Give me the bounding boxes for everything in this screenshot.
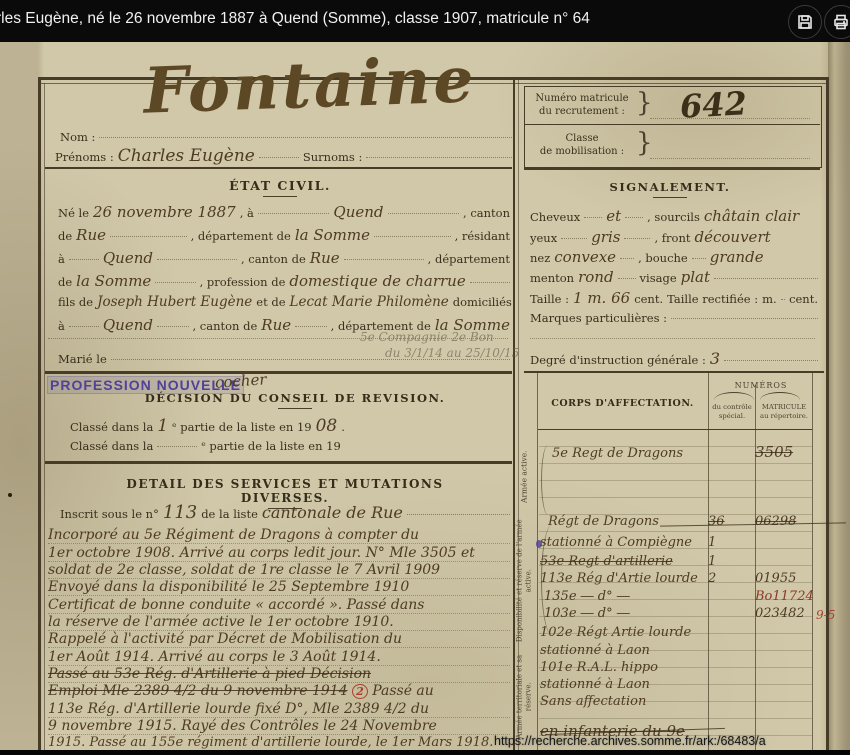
affectation-row: stationné à Laon <box>540 643 812 658</box>
matricule-num: 023482 <box>755 606 812 621</box>
form-left-border <box>38 77 41 755</box>
affectation-row: stationné à Laon <box>540 677 812 692</box>
affectation-row: 101e R.A.L. hippo <box>540 660 812 675</box>
etat-civil-line-2: de Rue , département de la Somme , résid… <box>58 226 510 244</box>
classe-label-line1: Classe <box>530 132 634 145</box>
yeux-value: gris <box>591 228 620 246</box>
bouche-label: , bouche <box>638 251 688 265</box>
taille-label: Taille : <box>530 292 569 306</box>
corps-name: 113e Rég d'Artie lourde <box>540 571 708 586</box>
classe-mobilisation-label: Classe de mobilisation : <box>530 132 634 158</box>
controle-num: 1 <box>708 535 755 550</box>
viewer-toolbar: rles Eugène, né le 26 novembre 1887 à Qu… <box>0 0 850 42</box>
taille-row: Taille : 1 m. 66 cent. Taille rectifiée … <box>530 289 818 307</box>
menton-value: rond <box>578 268 613 286</box>
matricule-num: 3505 <box>755 443 812 461</box>
sourcils-value: châtain clair <box>704 207 799 225</box>
dotted-filler <box>259 156 299 158</box>
etat-civil-bottom-rule <box>45 371 512 374</box>
corps-name: Régt de Dragons <box>540 514 708 529</box>
affectation-row: Sans affectation <box>540 694 812 709</box>
departement-value: la Somme <box>76 272 151 290</box>
matricule-box-bottom <box>524 168 820 170</box>
service-line: Incorporé au 5e Régiment de Dragons à co… <box>48 527 510 544</box>
dotted-filler <box>110 235 187 237</box>
liste-annee-value: 08 <box>316 416 338 436</box>
prenoms-handwritten-value: Charles Eugène <box>118 146 255 166</box>
residence-value: Quend <box>103 249 153 267</box>
page-edge-shading <box>828 42 850 755</box>
departement-value: la Somme <box>295 226 370 244</box>
cent-label: cent. <box>789 292 818 306</box>
dotted-rule <box>650 118 810 119</box>
red-annotation: 9-5 <box>816 608 835 622</box>
canton-value: Rue <box>310 249 340 267</box>
service-line: 9 novembre 1915. Rayé des Contrôles le 2… <box>48 718 510 735</box>
affectation-row: stationné à Compiègne 1 <box>540 535 812 550</box>
dotted-rule <box>650 158 810 159</box>
nom-row: Nom : <box>60 130 512 144</box>
dotted-filler <box>620 257 634 259</box>
canton-de-label: , canton de <box>193 319 258 333</box>
departement-label: , département <box>428 252 510 266</box>
service-line: 1er octobre 1908. Arrivé au corps ledit … <box>48 545 510 562</box>
corps-name: stationné à Laon <box>540 677 708 692</box>
decision-line-1: Classé dans la 1 ᵉ partie de la liste en… <box>70 416 430 436</box>
de-label: de <box>58 275 72 289</box>
signalement-yeux-row: yeux gris , front découvert <box>530 228 818 246</box>
affectation-row: 102e Régt Artie lourde <box>540 625 812 640</box>
nez-label: nez <box>530 251 550 265</box>
front-label: , front <box>654 231 690 245</box>
affectation-row: Régt de Dragons 36 06298 <box>540 514 812 529</box>
decision-line-2: Classé dans la ᵉ partie de la liste en 1… <box>70 439 430 453</box>
a-label: , à <box>240 206 254 220</box>
dotted-filler <box>671 317 818 319</box>
sourcils-label: , sourcils <box>647 210 700 224</box>
mother-name-value: Lecat Marie Philomène <box>290 294 449 310</box>
dotted-filler <box>470 281 510 283</box>
form-left-border-inner <box>44 83 45 755</box>
service-line: Certificat de bonne conduite « accordé »… <box>48 597 510 614</box>
birth-date-value: 26 novembre 1887 <box>93 203 236 221</box>
identity-rule <box>45 167 512 169</box>
dotted-filler <box>69 325 99 327</box>
red-renvoi-mark: 2 <box>352 684 368 699</box>
dotted-filler <box>714 277 818 279</box>
disponibilite-side-label: Disponibilité et réserve de l'armée acti… <box>515 519 533 643</box>
service-line: soldat de 2e classe, soldat de 1re class… <box>48 562 510 579</box>
marques-row: Marques particulières : <box>530 311 818 325</box>
cheveux-label: Cheveux <box>530 210 580 224</box>
controle-special-subheader: du contrôle spécial. <box>710 403 754 421</box>
inscrit-row: Inscrit sous le n° 113 de la liste canto… <box>60 502 510 523</box>
dotted-filler <box>625 216 643 218</box>
matricule-num: 06298 <box>755 514 812 529</box>
signalement-bottom-rule <box>524 371 824 373</box>
corps-name: 102e Régt Artie lourde <box>540 625 708 640</box>
matricule-num: 01955 <box>755 571 812 586</box>
dotted-filler <box>258 212 330 214</box>
document-viewer[interactable]: Nom : Fontaine Prénoms : Charles Eugène … <box>0 0 850 755</box>
inscrit-numero-value: 113 <box>163 502 197 523</box>
domicilies-label: domiciliés <box>453 295 512 309</box>
corps-name: Sans affectation <box>540 694 708 709</box>
service-line-mixed: Emploi Mle 2389 4/2 du 9 novembre 1914 2… <box>48 683 510 699</box>
dotted-filler <box>374 235 451 237</box>
menton-label: menton <box>530 271 574 285</box>
liste-label: de la liste <box>201 507 258 521</box>
period-label: . <box>341 420 345 434</box>
etat-civil-title: ÉTAT CIVIL. <box>180 178 380 197</box>
corps-name: 53e Regt d'artillerie <box>540 554 708 569</box>
corps-name: stationné à Laon <box>540 643 708 658</box>
ink-blot <box>536 540 542 548</box>
matricule-box-divider <box>524 124 820 125</box>
brace-glyph: } <box>636 128 653 158</box>
dotted-filler <box>618 277 636 279</box>
dotted-filler <box>111 358 510 360</box>
dotted-filler <box>157 325 189 327</box>
canton-value: Rue <box>261 316 291 334</box>
nom-handwritten-value: Fontaine <box>94 41 526 130</box>
controle-num: 2 <box>708 571 755 586</box>
liste-partie-value: 1 <box>157 416 168 436</box>
nez-value: convexe <box>554 248 616 266</box>
inscrit-label: Inscrit sous le n° <box>60 507 159 521</box>
matricule-repertoire-subheader: MATRICULE au répertoire. <box>757 403 811 421</box>
dotted-filler <box>295 325 327 327</box>
liste-value: cantonale de Rue <box>262 503 403 522</box>
affectation-row: 5e Regt de Dragons 3505 <box>540 443 812 461</box>
table-right-line <box>812 371 813 755</box>
taille-rectifiee-label: Taille rectifiée : <box>667 292 758 306</box>
father-name-value: Joseph Hubert Eugène <box>97 294 252 310</box>
classe-dans-la-label: Classé dans la <box>70 420 153 434</box>
front-value: découvert <box>695 228 771 246</box>
dotted-filler <box>388 212 460 214</box>
domicile-value: Quend <box>103 316 153 334</box>
degre-value: 3 <box>710 349 720 368</box>
canton-label: , canton <box>463 206 510 220</box>
decision-title: DÉCISION DU CONSEIL DE REVISION. <box>130 391 460 409</box>
controle-num: 1 <box>708 554 755 569</box>
etat-civil-line-4: de la Somme , profession de domestique d… <box>58 272 510 290</box>
dotted-filler <box>407 513 510 515</box>
partie-liste-label: ᵉ partie de la liste en 19 <box>201 439 340 453</box>
bouche-value: grande <box>710 248 764 266</box>
dotted-filler <box>157 445 197 447</box>
marie-le-label: Marié le <box>58 352 107 366</box>
print-button[interactable] <box>824 5 850 39</box>
classe-label-line2: de mobilisation : <box>530 145 634 158</box>
save-icon <box>797 14 813 30</box>
stamp-handwritten-value: cocher <box>214 370 267 392</box>
dotted-filler <box>692 257 706 259</box>
brace-glyph: } <box>636 88 653 118</box>
et-de-label: et de <box>256 295 285 309</box>
etat-civil-line-3: à Quend , canton de Rue , département <box>58 249 510 267</box>
dotted-filler <box>561 237 587 239</box>
corps-name: 5e Regt de Dragons <box>540 446 708 461</box>
pencil-note-1: 5e Compagnie 2e Bon <box>360 330 494 344</box>
signalement-nez-row: nez convexe , bouche grande <box>530 248 818 266</box>
visage-label: visage <box>640 271 677 285</box>
affectation-row: 53e Regt d'artillerie 1 <box>540 554 812 569</box>
signalement-title: SIGNALEMENT. <box>570 180 770 198</box>
ink-speck <box>8 493 12 497</box>
matricule-label: Numéro matricule du recrutement : <box>530 92 634 118</box>
controle-num: 36 <box>708 514 755 529</box>
corps-name: 135e ― d° ― <box>540 589 708 604</box>
surnoms-label: Surnoms : <box>303 150 362 164</box>
taille-value: 1 m. 66 <box>573 289 630 307</box>
taille-unit-label: cent. <box>634 292 663 306</box>
record-title: rles Eugène, né le 26 novembre 1887 à Qu… <box>0 10 756 28</box>
service-line: Rappelé à l'activité par Décret de Mobil… <box>48 631 510 648</box>
service-line: Envoyé dans la disponibilité le 25 Septe… <box>48 579 510 596</box>
signalement-cheveux-row: Cheveux et , sourcils châtain clair <box>530 207 818 225</box>
service-line: 113e Rég. d'Artillerie lourde fixé D°, M… <box>48 701 510 718</box>
nom-dotted-line <box>99 136 512 138</box>
service-line: la réserve de l'armée active le 1er octo… <box>48 614 510 631</box>
decision-bottom-rule <box>45 461 512 464</box>
matricule-num: Bo11724 <box>755 589 812 604</box>
affectation-row: 135e ― d° ― Bo11724 <box>540 589 812 604</box>
prenoms-row: Prénoms : Charles Eugène Surnoms : <box>55 146 512 166</box>
matricule-label-line2: du recrutement : <box>530 105 634 118</box>
dotted-filler <box>157 258 237 260</box>
profession-label: , profession de <box>200 275 286 289</box>
departement-label: , département de <box>191 229 291 243</box>
marie-row: Marié le <box>58 352 510 366</box>
canton-value: Rue <box>76 226 106 244</box>
residant-label: , résidant <box>455 229 510 243</box>
a-label: à <box>58 319 65 333</box>
print-icon <box>833 14 849 30</box>
yeux-label: yeux <box>530 231 557 245</box>
struck-entry: Emploi Mle 2389 4/2 du 9 novembre 1914 <box>48 683 348 699</box>
corps-name: 103e ― d° ― <box>540 606 708 621</box>
corps-affectation-header: CORPS D'AFFECTATION. <box>545 398 700 409</box>
service-line-struck: Passé au 53e Rég. d'Artillerie à pied Dé… <box>48 666 510 683</box>
degre-row: Degré d'instruction générale : 3 <box>530 349 818 368</box>
dotted-filler <box>584 216 602 218</box>
etat-civil-line-1: Né le 26 novembre 1887 , à Quend , canto… <box>58 203 510 221</box>
marques-label: Marques particulières : <box>530 311 667 325</box>
matricule-label-line1: Numéro matricule <box>530 92 634 105</box>
metre-label: m. <box>762 292 777 306</box>
de-label: de <box>58 229 72 243</box>
service-line: 1er Août 1914. Arrivé au corps le 3 Août… <box>48 649 510 666</box>
classe-dans-la-label: Classé dans la <box>70 439 153 453</box>
corps-name: stationné à Compiègne <box>540 535 708 550</box>
armee-active-side-label: Armée active. <box>519 432 528 522</box>
ne-le-label: Né le <box>58 206 89 220</box>
a-label: à <box>58 252 65 266</box>
form-right-border <box>826 77 829 755</box>
partie-liste-label: ᵉ partie de la liste en 19 <box>172 420 311 434</box>
signalement-menton-row: menton rond visage plat <box>530 268 818 286</box>
surnoms-dotted-line <box>366 156 512 158</box>
service-line: 1915. Passé au 155e régiment d'artilleri… <box>48 735 510 751</box>
dotted-filler <box>724 359 818 361</box>
dotted-filler <box>155 281 195 283</box>
nom-label: Nom : <box>60 130 95 144</box>
viewer-bottom-edge <box>0 750 850 755</box>
dotted-filler <box>781 298 785 300</box>
save-button[interactable] <box>788 5 822 39</box>
profession-value: domestique de charrue <box>289 272 465 290</box>
fils-de-label: fils de <box>58 295 93 309</box>
dotted-filler <box>624 237 650 239</box>
birth-place-value: Quend <box>333 203 383 221</box>
etat-civil-line-5: fils de Joseph Hubert Eugène et de Lecat… <box>58 294 510 310</box>
numeros-header: NUMÉROS <box>712 381 810 390</box>
prenoms-label: Prénoms : <box>55 150 114 164</box>
corps-name: 101e R.A.L. hippo <box>540 660 708 675</box>
dotted-rule <box>530 338 815 339</box>
passe-au-entry: Passé au <box>372 683 434 699</box>
visage-value: plat <box>681 268 710 286</box>
degre-instruction-label: Degré d'instruction générale : <box>530 353 706 367</box>
dotted-filler <box>69 258 99 260</box>
matricule-number-value: 642 <box>679 84 748 125</box>
archive-url-watermark: https://recherche.archives.somme.fr/ark:… <box>494 734 766 748</box>
cheveux-value: et <box>606 207 621 225</box>
affectation-row: 103e ― d° ― 023482 <box>540 606 812 621</box>
affectation-row: 113e Rég d'Artie lourde 2 01955 <box>540 571 812 586</box>
dotted-filler <box>344 258 424 260</box>
canton-de-label: , canton de <box>241 252 306 266</box>
